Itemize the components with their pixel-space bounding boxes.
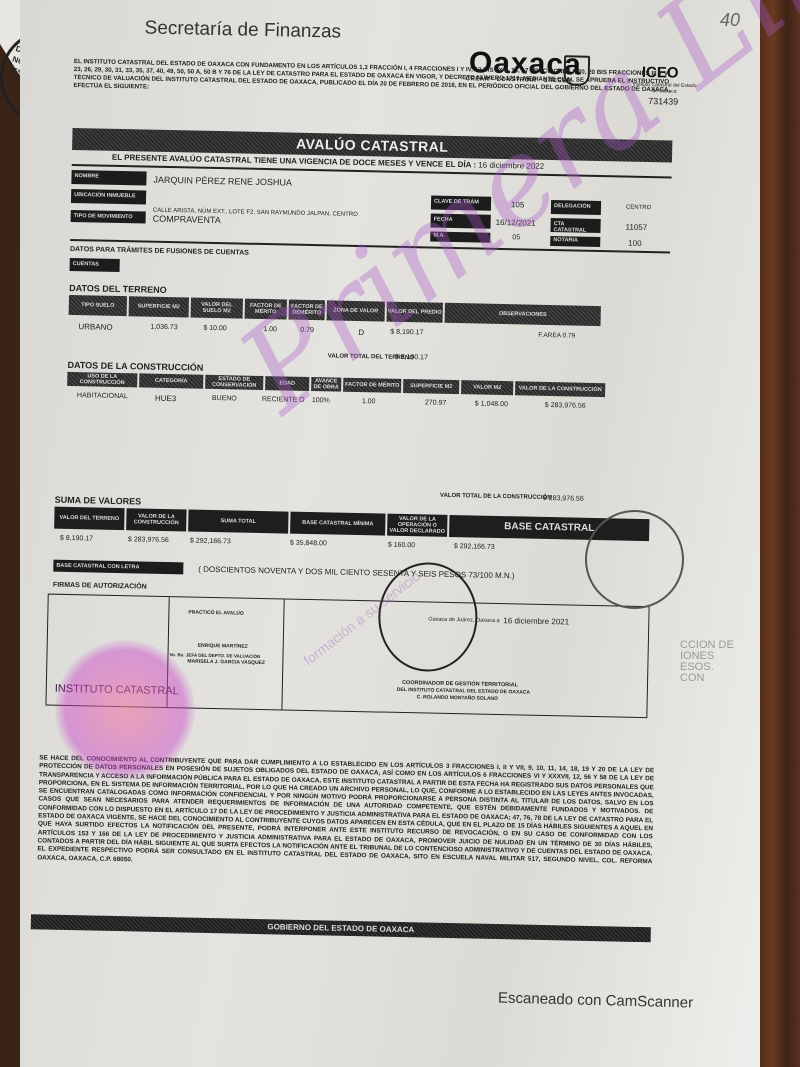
- construccion-total-value: $ 283,976.56: [543, 495, 584, 503]
- construccion-header: USO DE LA CONSTRUCCIÓN CATEGORÍA ESTADO …: [67, 372, 605, 397]
- construccion-col-header: SUPERFICIE M2: [403, 379, 459, 394]
- cta-label: CTA CATASTRAL: [550, 218, 600, 233]
- firmas-title: FIRMAS DE AUTORIZACIÓN: [53, 582, 147, 591]
- amount-in-words: ( DOSCIENTOS NOVENTA Y DOS MIL CIENTO SE…: [198, 565, 515, 581]
- suma-col-header: VALOR DE LA CONSTRUCCIÓN: [126, 508, 186, 531]
- construccion-col-header: VALOR M2: [461, 380, 513, 395]
- handwritten-note: 40: [720, 10, 740, 31]
- ubicacion-label: UBICACIÓN INMUEBLE: [71, 189, 146, 205]
- suma-col-header: SUMA TOTAL: [188, 509, 288, 533]
- construccion-col-header: AVANCE DE OBRA: [311, 377, 341, 392]
- faded-stamp-text: CCION DE IONES ESOS. CON: [680, 640, 734, 684]
- pink-seal: [55, 640, 195, 780]
- construccion-title: DATOS DE LA CONSTRUCCIÓN: [67, 360, 203, 373]
- wooden-table-background: [755, 0, 800, 1067]
- terreno-col-header: FACTOR DE MÉRITO: [245, 299, 287, 320]
- clave-label: CLAVE DE TRÁM: [431, 196, 491, 211]
- notaria-value: 100: [628, 239, 642, 248]
- jefe-label: Vo. Bo. JEFA DEL DEPTO. DE VALUACIÓN: [169, 652, 260, 659]
- terreno-col-header: ZONA DE VALOR: [327, 300, 385, 321]
- suma-title: SUMA DE VALORES: [55, 495, 142, 507]
- suma-col-header: VALOR DEL TERRENO: [54, 507, 124, 530]
- terreno-col-header: SUPERFICIE M2: [129, 296, 189, 317]
- place-date: 16 diciembre 2021: [503, 616, 569, 626]
- construccion-col-header: FACTOR DE MÉRITO: [343, 378, 401, 393]
- terreno-col-header: OBSERVACIONES: [445, 303, 601, 326]
- terreno-col-header: VALOR DEL SUELO M2: [191, 297, 243, 318]
- construccion-total-label: VALOR TOTAL DE LA CONSTRUCCIÓN: [440, 493, 552, 501]
- official-seal: [585, 510, 684, 609]
- practico-name: ENRIQUE MARTÍNEZ: [198, 643, 248, 650]
- delegacion-value: CENTRO: [626, 205, 651, 212]
- suma-col-header: BASE CATASTRAL MÍNIMA: [290, 512, 385, 536]
- fusiones-title: DATOS PARA TRÁMITES DE FUSIONES DE CUENT…: [70, 246, 249, 257]
- camscanner-caption: Escaneado con CamScanner: [498, 989, 694, 1011]
- fecha-value: 16/12/2021: [496, 218, 536, 228]
- terreno-col-header: FACTOR DE DEMÉRITO: [289, 300, 325, 321]
- construccion-col-header: VALOR DE LA CONSTRUCCIÓN: [515, 381, 605, 397]
- jefe-name: MARISELA J. GARCIA VASQUEZ: [187, 658, 265, 666]
- cta-value: 11057: [625, 223, 647, 232]
- suma-col-header: VALOR DE LA OPERACIÓN O VALOR DECLARADO: [387, 514, 447, 537]
- construccion-col-header: EDAD: [265, 376, 309, 391]
- terreno-col-header: TIPO SUELO: [69, 295, 127, 316]
- signature-stamp: [377, 561, 478, 672]
- construccion-col-header: CATEGORÍA: [139, 373, 203, 388]
- footer-bar: GOBIERNO DEL ESTADO DE OAXACA: [31, 914, 651, 942]
- ma-label: M.A.: [430, 231, 490, 242]
- terreno-col-header: VALOR DEL PREDIO: [387, 302, 443, 323]
- terreno-title: DATOS DEL TERRENO: [69, 283, 167, 295]
- coord-name: C. ROLANDO MONTAÑO SOLANO: [417, 694, 498, 702]
- notaria-label: NOTARIA: [550, 236, 600, 247]
- terreno-header: TIPO SUELO SUPERFICIE M2 VALOR DEL SUELO…: [69, 295, 601, 326]
- fecha-label: FECHA: [431, 213, 491, 228]
- movimiento-value: COMPRAVENTA: [153, 214, 221, 225]
- department-title: Secretaría de Finanzas: [144, 17, 341, 43]
- terreno-total-value: $ 8,190.17: [395, 354, 428, 362]
- construccion-col-header: ESTADO DE CONSERVACIÓN: [205, 375, 263, 390]
- avaluo-document: Secretaría de Finanzas Oaxaca CREAR · CO…: [75, 10, 685, 23]
- cuentas-label: CUENTAS: [70, 258, 120, 272]
- movimiento-label: TIPO DE MOVIMIENTO: [71, 210, 146, 224]
- expiry-date: 16 diciembre 2022: [478, 160, 544, 170]
- nombre-value: JARQUIN PÉREZ RENE JOSHUA: [153, 175, 292, 188]
- practico-label: PRACTICÓ EL AVALÚO: [188, 610, 243, 617]
- letra-label: BASE CATASTRAL CON LETRA: [53, 560, 183, 575]
- clave-value: 105: [511, 200, 525, 209]
- document-page: 40 Secretaría de Finanzas Oaxaca CREAR ·…: [20, 0, 760, 1067]
- ma-value: 05: [512, 234, 520, 241]
- delegacion-label: DELEGACIÓN: [551, 200, 601, 215]
- nombre-label: NOMBRE: [71, 170, 146, 186]
- construccion-col-header: USO DE LA CONSTRUCCIÓN: [67, 372, 137, 387]
